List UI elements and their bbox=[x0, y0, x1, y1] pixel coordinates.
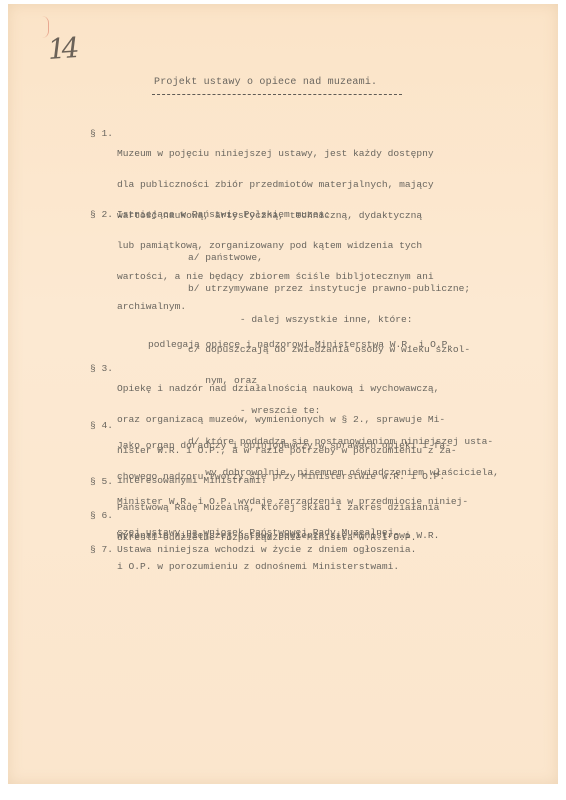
paragraph-6-number: § 6. bbox=[90, 511, 113, 521]
paragraph-line: Wykonanie niniejszej ustawy powierza się… bbox=[117, 531, 439, 541]
paragraph-2-number: § 2. bbox=[90, 210, 113, 220]
paragraph-line: Opiekę i nadzór nad działalnością naukow… bbox=[117, 384, 457, 394]
paragraph-2-intro: Istniejące w Państwie Polskiem muzea: bbox=[117, 210, 330, 220]
document-title: Projekt ustawy o opiece nad muzeami. bbox=[154, 78, 377, 88]
document-page: 14 Projekt ustawy o opiece nad muzeami. … bbox=[8, 4, 558, 784]
list-item: - dalej wszystkie inne, które: bbox=[188, 315, 499, 325]
paragraph-7: Ustawa niniejsza wchodzi w życie z dniem… bbox=[117, 545, 416, 555]
paragraph-line: i O.P. w porozumieniu z odnośnemi Minist… bbox=[117, 562, 439, 572]
paragraph-2-closing: podlegają opiece i nadzorowi Ministerstw… bbox=[148, 340, 453, 350]
paragraph-3-number: § 3. bbox=[90, 364, 113, 374]
paragraph-line: Muzeum w pojęciu niniejszej ustawy, jest… bbox=[117, 149, 434, 159]
handwritten-folio-number: 14 bbox=[47, 31, 80, 73]
paragraph-line: dla publiczności zbiór przedmiotów mater… bbox=[117, 180, 434, 190]
list-item: a/ państwowe, bbox=[188, 253, 499, 263]
paragraph-line: Minister W.R. i O.P. wydaje zarządzenia … bbox=[117, 497, 468, 507]
paragraph-5-number: § 5. bbox=[90, 477, 113, 487]
paragraph-7-number: § 7. bbox=[90, 545, 113, 555]
list-item: b/ utrzymywane przez instytucje prawno-p… bbox=[188, 284, 499, 294]
paragraph-line: Jako organ doradczy i opinjodawczy w spr… bbox=[117, 441, 451, 451]
paragraph-1-number: § 1. bbox=[90, 129, 113, 139]
paragraph-4-number: § 4. bbox=[90, 421, 113, 431]
title-underline bbox=[152, 94, 402, 95]
